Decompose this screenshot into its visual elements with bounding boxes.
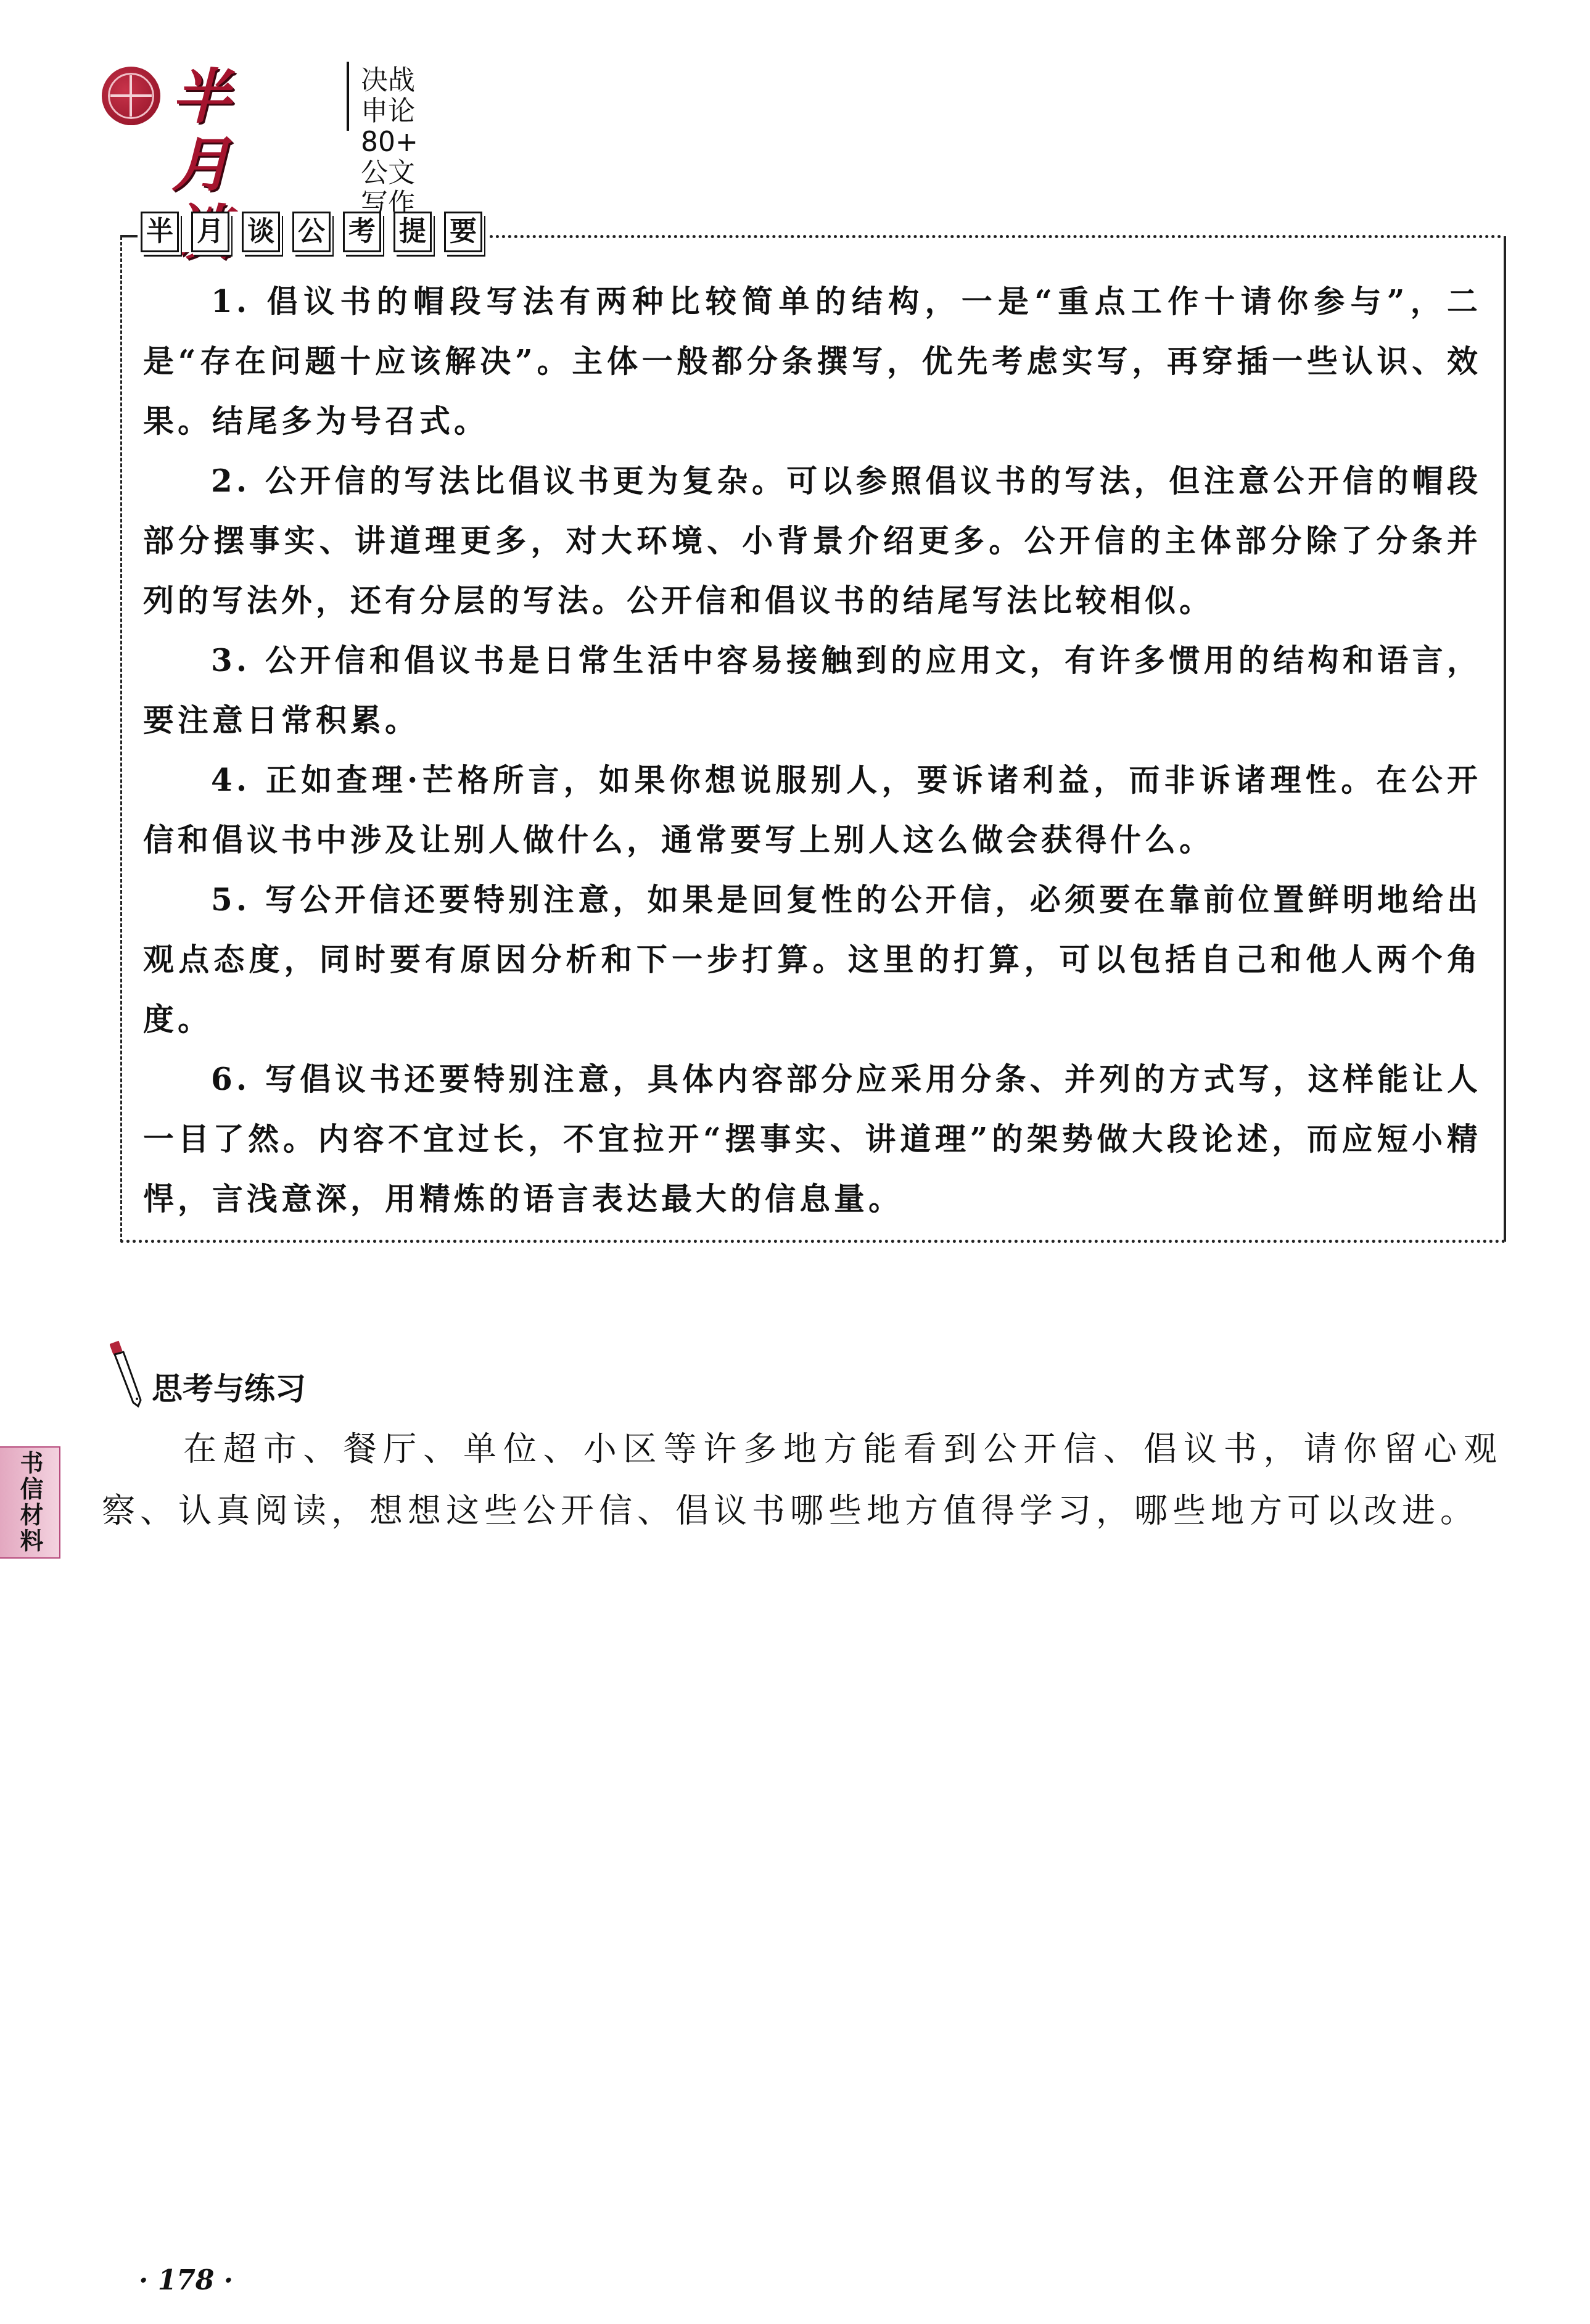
book-title: 决战申论80+ 公文写作 (361, 65, 418, 220)
title-char: 提 (393, 212, 432, 252)
tip-item-3: 3. 公开信和倡议书是日常生活中容易接触到的应用文，有许多惯用的结构和语言，要注… (143, 630, 1481, 750)
tips-content: 1. 倡议书的帽段写法有两种比较简单的结构，一是“重点工作十请你参与”，二是“存… (143, 271, 1481, 1229)
title-char: 半 (141, 212, 179, 252)
title-char: 月 (191, 212, 229, 252)
tip-item-1: 1. 倡议书的帽段写法有两种比较简单的结构，一是“重点工作十请你参与”，二是“存… (143, 271, 1481, 451)
globe-logo-icon (102, 67, 160, 125)
title-char: 谈 (242, 212, 280, 252)
tips-box-top-border (311, 235, 1502, 238)
tip-item-5: 5. 写公开信还要特别注意，如果是回复性的公开信，必须要在靠前位置鲜明地给出观点… (143, 870, 1481, 1049)
tip-item-2: 2. 公开信的写法比倡议书更为复杂。可以参照倡议书的写法，但注意公开信的帽段部分… (143, 451, 1481, 630)
exercise-paragraph: 在超市、餐厅、单位、小区等许多地方能看到公开信、倡议书，请你留心观察、认真阅读，… (102, 1419, 1502, 1542)
title-char: 公 (292, 212, 331, 252)
side-tab: 书信材料 (0, 1446, 60, 1559)
tip-item-6: 6. 写倡议书还要特别注意，具体内容部分应采用分条、并列的方式写，这样能让人一目… (143, 1049, 1481, 1229)
tips-box-corner (120, 235, 138, 237)
book-title-line-2: 公文写作 (361, 158, 418, 220)
tip-item-4: 4. 正如查理·芒格所言，如果你想说服别人，要诉诸利益，而非诉诸理性。在公开信和… (143, 750, 1481, 870)
title-char: 考 (343, 212, 381, 252)
book-title-line-1: 决战申论80+ (361, 65, 418, 158)
pencil-icon (110, 1338, 147, 1407)
exercise-body: 在超市、餐厅、单位、小区等许多地方能看到公开信、倡议书，请你留心观察、认真阅读，… (102, 1419, 1502, 1542)
exercise-title: 思考与练习 (152, 1370, 306, 1407)
tips-box-title: 半 月 谈 公 考 提 要 (141, 212, 487, 252)
header-divider (347, 62, 349, 131)
page-number: · 178 · (139, 2265, 233, 2296)
title-char: 要 (444, 212, 482, 252)
